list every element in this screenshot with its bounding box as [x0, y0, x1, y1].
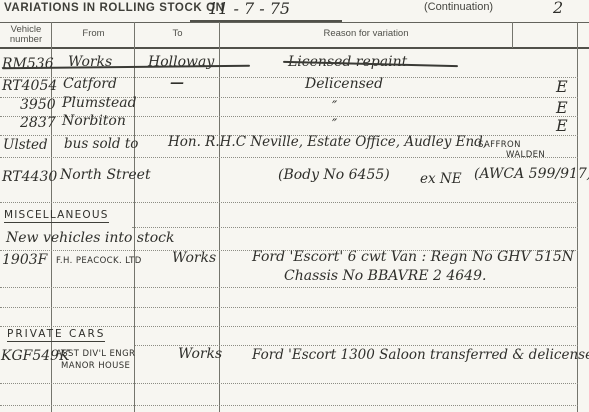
ruled-line — [132, 227, 578, 228]
row-rm536-vehicle: RM536 — [2, 57, 54, 72]
page-number: 2 — [553, 0, 563, 17]
section-heading-miscellaneous: MISCELLANEOUS — [4, 210, 109, 223]
row-kgf549k-reason: Ford 'Escort 1300 Saloon transferred & d… — [252, 348, 589, 362]
row-1903f-from: F.H. PEACOCK. LTD — [56, 257, 142, 266]
row-rt4430-body-no: (Body No 6455) — [278, 168, 390, 183]
grid-vline-header-right — [512, 22, 513, 48]
row-3950-vehicle: 3950 — [20, 98, 56, 113]
row-kgf549k-to: Works — [178, 347, 222, 362]
row-1903f-reason-line2: Chassis No BBAVRE 2 4649. — [284, 269, 486, 284]
misc-subheading: New vehicles into stock — [6, 231, 174, 246]
row-sold-place-line1: SAFFRON — [478, 141, 521, 150]
row-rt4430-vehicle: RT4430 — [2, 170, 57, 185]
row-1903f-vehicle: 1903F — [2, 253, 47, 268]
row-kgf549k-from-line2: MANOR HOUSE — [61, 362, 130, 371]
col-header-reason: Reason for variation — [220, 29, 512, 39]
row-sold-from: bus sold to — [64, 137, 138, 151]
date-handwritten: 11 - 7 - 75 — [208, 1, 290, 18]
row-rt4054-mark: E — [556, 79, 568, 96]
row-kgf549k-from-line1: ASST DIV'L ENGR — [56, 350, 135, 359]
ruled-line — [0, 202, 578, 203]
row-rt4054-vehicle: RT4054 — [2, 79, 57, 94]
row-sold-place-line2: WALDEN — [506, 151, 545, 160]
col-header-from: From — [52, 29, 135, 39]
ruled-line — [0, 157, 578, 158]
row-2837-reason-ditto: ″ — [332, 118, 337, 133]
row-sold-vehicle: Ulsted — [3, 138, 48, 152]
row-2837-mark: E — [556, 118, 568, 135]
col-header-vehicle-line2: number — [0, 35, 52, 45]
row-rt4430-ex: ex NE — [420, 172, 462, 186]
ruled-line — [0, 405, 578, 406]
row-3950-from: Plumstead — [62, 96, 137, 111]
row-2837-vehicle: 2837 — [20, 116, 56, 131]
row-rt4054-from: Catford — [63, 77, 117, 92]
ruled-line — [0, 307, 578, 308]
row-1903f-reason-line1: Ford 'Escort' 6 cwt Van : Regn No GHV 51… — [252, 250, 574, 265]
row-3950-reason-ditto: ″ — [332, 100, 337, 115]
ruled-line — [0, 383, 578, 384]
col-header-to: To — [135, 29, 220, 39]
ruled-line — [0, 287, 578, 288]
header-rule — [0, 47, 589, 49]
continuation-label: (Continuation) — [424, 2, 493, 14]
row-3950-mark: E — [556, 100, 568, 117]
row-rt4430-from: North Street — [60, 168, 151, 183]
scanned-ledger-page: VARIATIONS IN ROLLING STOCK ON 11 - 7 - … — [0, 0, 589, 412]
row-rt4054-reason: Delicensed — [305, 77, 383, 92]
row-2837-from: Norbiton — [62, 114, 126, 129]
page-title: VARIATIONS IN ROLLING STOCK ON — [4, 2, 225, 14]
ruled-line — [0, 326, 578, 327]
row-rt4430-ref: (AWCA 599/917) — [474, 167, 589, 182]
title-rule — [0, 22, 589, 23]
row-1903f-to: Works — [172, 251, 216, 266]
row-rt4054-to-dash: — — [170, 76, 184, 91]
row-sold-reason: Hon. R.H.C Neville, Estate Office, Audle… — [168, 135, 487, 149]
section-heading-private-cars: PRIVATE CARS — [7, 329, 105, 342]
